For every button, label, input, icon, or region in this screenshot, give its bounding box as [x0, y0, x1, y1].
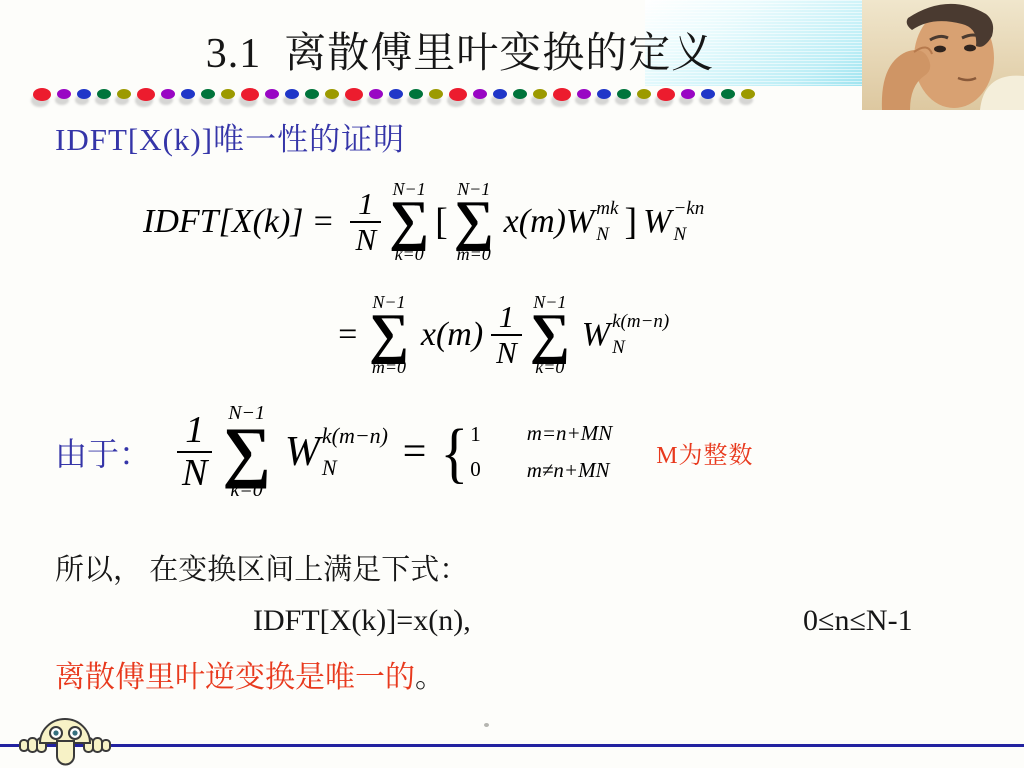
- summation-k: N−1 ∑ k=0: [530, 294, 570, 376]
- sigma-symbol: ∑: [530, 311, 570, 359]
- decor-dot: [681, 89, 695, 99]
- kilroy-cartoon: [18, 712, 118, 768]
- sigma-symbol: ∑: [369, 311, 409, 359]
- therefore-text: 所以， 在变换区间上满足下式：: [55, 547, 468, 588]
- decor-dot: [117, 89, 131, 99]
- decor-dot: [33, 88, 51, 101]
- math-token: W: [643, 203, 671, 241]
- sum-lower-limit: k=0: [395, 246, 424, 263]
- conclusion-line: 离散傅里叶逆变换是唯一的。: [55, 652, 445, 696]
- math-token: N: [350, 221, 381, 257]
- conclusion-period: 。: [415, 661, 445, 694]
- decor-dot: [285, 89, 299, 99]
- twiddle-factor: W k(m−n) N: [582, 309, 669, 361]
- result-range: 0≤n≤N-1: [803, 604, 913, 638]
- decor-dot: [161, 89, 175, 99]
- formula-swapped-sums: = N−1 ∑ m=0 x(m) 1 N N−1 ∑ k=0 W k(m−n) …: [336, 281, 669, 389]
- decor-dot: [137, 88, 155, 101]
- because-label: 由于：: [55, 429, 151, 475]
- math-token: x(m): [421, 316, 483, 354]
- case-value-0: 0: [470, 459, 481, 480]
- decor-dot: [637, 89, 651, 99]
- open-bracket: [: [435, 200, 448, 244]
- formula-orthogonality: 由于： 1 N N−1 ∑ k=0 W k(m−n) N = { 1 0 m=n…: [55, 394, 754, 510]
- close-bracket: ]: [624, 200, 637, 244]
- decor-dot: [77, 89, 91, 99]
- decor-dot: [201, 89, 215, 99]
- sum-lower-limit: m=0: [372, 359, 406, 376]
- m-integer-note: M为整数: [656, 435, 753, 470]
- math-token: N: [491, 334, 522, 370]
- sum-lower-limit: k=0: [230, 481, 262, 500]
- formula-idft-expansion: IDFT [X(k)] = 1 N N−1 ∑ k=0 [ N−1 ∑ m=0 …: [143, 168, 704, 276]
- equals-sign: =: [400, 428, 428, 476]
- decor-dot: [369, 89, 383, 99]
- sup-sub: −kn N: [673, 196, 704, 248]
- sigma-symbol: ∑: [454, 198, 494, 246]
- decor-dot: [721, 89, 735, 99]
- math-token: 1: [494, 301, 520, 334]
- decor-dot: [473, 89, 487, 99]
- math-token: x(m): [504, 203, 566, 241]
- summation-k: N−1 ∑ k=0: [222, 404, 270, 500]
- sup-sub: k(m−n) N: [322, 421, 388, 483]
- slide-title: 3.1 离散傅里叶变换的定义: [0, 20, 920, 80]
- decor-dot: [241, 88, 259, 101]
- subscript: N: [322, 455, 388, 481]
- footer-rule-line: [0, 744, 1024, 747]
- math-token: W: [582, 316, 610, 354]
- conclusion-red-text: 离散傅里叶逆变换是唯一的: [55, 661, 415, 694]
- summation-m: N−1 ∑ m=0: [369, 294, 409, 376]
- case-condition-notequal: m≠n+MN: [527, 460, 613, 481]
- superscript: k(m−n): [612, 311, 669, 333]
- math-token: N: [177, 451, 212, 494]
- sigma-symbol: ∑: [222, 423, 270, 481]
- subscript: N: [673, 224, 704, 246]
- case-value-1: 1: [470, 424, 481, 445]
- decorative-dots: [33, 84, 755, 104]
- equals-sign: =: [336, 316, 359, 354]
- case-conditions: m=n+MN m≠n+MN: [527, 423, 613, 481]
- summation-m: N−1 ∑ m=0: [454, 181, 494, 263]
- decor-dot: [265, 89, 279, 99]
- equals-sign: =: [312, 203, 335, 241]
- math-token: 1: [353, 188, 379, 221]
- presentation-slide: 3.1 离散傅里叶变换的定义 IDFT[X(k)]唯一性的证明 IDFT [X(…: [0, 0, 1024, 768]
- sum-lower-limit: k=0: [535, 359, 564, 376]
- kilroy-peeking-icon: [18, 712, 118, 768]
- decor-dot: [389, 89, 403, 99]
- superscript: −kn: [673, 198, 704, 220]
- sum-lower-limit: m=0: [457, 246, 491, 263]
- decor-dot: [741, 89, 755, 99]
- decor-dot: [553, 88, 571, 101]
- superscript: k(m−n): [322, 423, 388, 449]
- twiddle-factor: W k(m−n) N: [285, 421, 388, 483]
- case-condition-equal: m=n+MN: [527, 423, 613, 444]
- decor-dot: [449, 88, 467, 101]
- subscript: N: [612, 337, 669, 359]
- fraction-1-over-N: 1 N: [177, 411, 212, 494]
- footer-dot: [484, 723, 489, 727]
- decor-dot: [533, 89, 547, 99]
- superscript: mk: [596, 198, 618, 220]
- fraction-1-over-N: 1 N: [491, 301, 522, 369]
- decor-dot: [513, 89, 527, 99]
- decor-dot: [181, 89, 195, 99]
- decor-dot: [617, 89, 631, 99]
- case-brace: {: [440, 413, 468, 490]
- decor-dot: [305, 89, 319, 99]
- proof-heading: IDFT[X(k)]唯一性的证明: [55, 114, 405, 159]
- sup-sub: k(m−n) N: [612, 309, 669, 361]
- sup-sub: mk N: [596, 196, 618, 248]
- decor-dot: [221, 89, 235, 99]
- decor-dot: [577, 89, 591, 99]
- decor-dot: [701, 89, 715, 99]
- math-token: W: [285, 428, 320, 476]
- decor-dot: [597, 89, 611, 99]
- twiddle-factor: W −kn N: [643, 196, 704, 248]
- decor-dot: [409, 89, 423, 99]
- math-token: IDFT: [143, 203, 219, 241]
- decor-dot: [493, 89, 507, 99]
- decor-dot: [97, 89, 111, 99]
- case-values: 1 0: [470, 424, 481, 480]
- twiddle-factor: W mk N: [566, 196, 618, 248]
- fraction-1-over-N: 1 N: [350, 188, 381, 256]
- decor-dot: [657, 88, 675, 101]
- decor-dot: [345, 88, 363, 101]
- result-equation: IDFT[X(k)]=x(n),: [253, 604, 471, 638]
- subscript: N: [596, 224, 618, 246]
- decor-dot: [429, 89, 443, 99]
- math-token: [X(k)]: [219, 203, 304, 241]
- sigma-symbol: ∑: [389, 198, 429, 246]
- summation-k: N−1 ∑ k=0: [389, 181, 429, 263]
- decor-dot: [57, 89, 71, 99]
- math-token: 1: [180, 411, 209, 451]
- math-token: W: [566, 203, 594, 241]
- decor-dot: [325, 89, 339, 99]
